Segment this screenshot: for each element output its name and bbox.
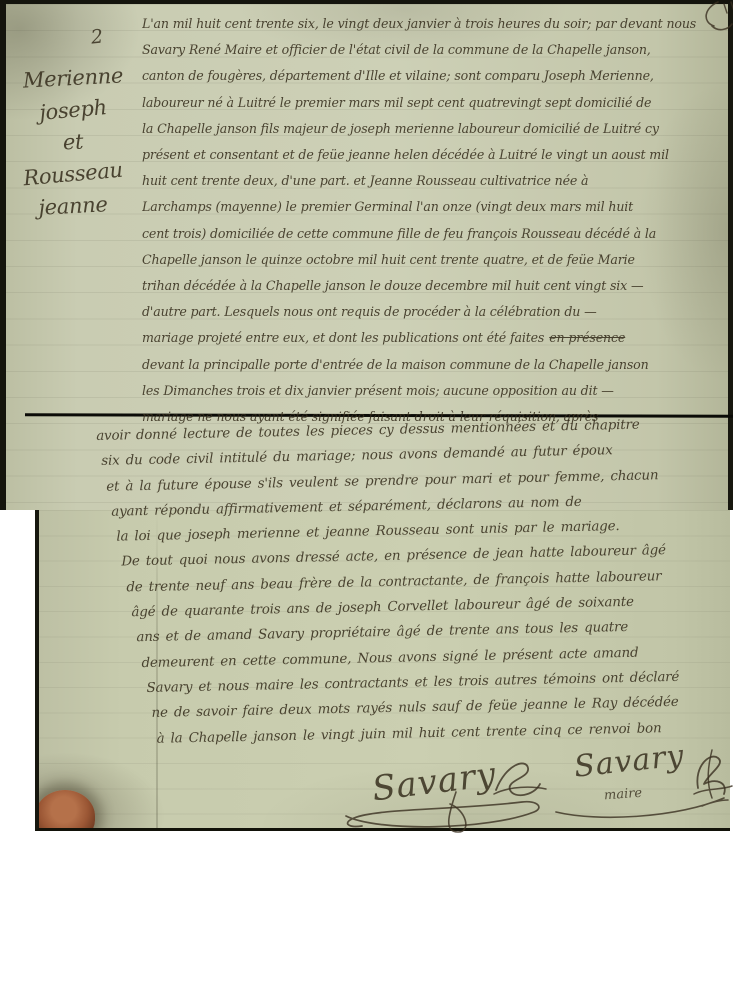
act-line: d'autre part. Lesquels nous ont requis d…	[142, 299, 730, 325]
scanned-register-page: 2 MeriennejosephetRousseaujeanne L'an mi…	[0, 0, 733, 1000]
act-line: Savary René Maire et officier de l'état …	[142, 37, 730, 63]
act-line: laboureur né à Luitré le premier mars mi…	[142, 90, 730, 116]
act-text-upper: L'an mil huit cent trente six, le vingt …	[142, 11, 730, 439]
act-line: les Dimanches trois et dix janvier prése…	[142, 378, 730, 404]
act-line: huit cent trente deux, d'une part. et Je…	[142, 168, 730, 194]
act-line-text: Larchamps (mayenne) le premier Germinal …	[142, 199, 633, 214]
act-line-text: L'an mil huit cent trente six, le vingt …	[142, 16, 696, 31]
act-line-text: présent et consentant et de feüe jeanne …	[142, 147, 669, 162]
act-line-text: huit cent trente deux, d'une part. et Je…	[142, 173, 588, 188]
act-line: Chapelle janson le quinze octobre mil hu…	[142, 247, 730, 273]
act-line: devant la principalle porte d'entrée de …	[142, 352, 730, 378]
act-line-text: mariage projeté entre eux, et dont les p…	[142, 330, 544, 345]
act-line: la Chapelle janson fils majeur de joseph…	[142, 116, 730, 142]
record-number: 2	[49, 21, 145, 53]
act-line-text: la Chapelle janson fils majeur de joseph…	[142, 121, 659, 136]
finger-over-page	[35, 790, 95, 831]
act-line-text: à la Chapelle janson le vingt juin mil h…	[156, 721, 661, 747]
act-line-text: Chapelle janson le quinze octobre mil hu…	[142, 252, 635, 267]
act-line-text: trihan décédée à la Chapelle janson le d…	[142, 278, 643, 293]
act-line-text: canton de fougères, département d'Ille e…	[142, 68, 654, 83]
act-line-text: les Dimanches trois et dix janvier prése…	[142, 383, 614, 398]
margin-annotations: 2 MeriennejosephetRousseaujeanne	[2, 26, 144, 222]
act-line-struck-text: en présence	[549, 330, 625, 345]
act-line: Larchamps (mayenne) le premier Germinal …	[142, 194, 730, 220]
signature-underline-icon	[552, 792, 730, 822]
margin-name: jeanne	[1, 186, 144, 225]
act-line-text: laboureur né à Luitré le premier mars mi…	[142, 95, 651, 110]
act-line: cent trois) domiciliée de cette commune …	[142, 221, 730, 247]
act-line: présent et consentant et de feüe jeanne …	[142, 142, 730, 168]
act-line-text: cent trois) domiciliée de cette commune …	[142, 226, 656, 241]
act-text-lower: avoir donné lecture de toutes les pieces…	[96, 411, 725, 758]
signature-flourish-icon	[338, 788, 550, 836]
act-line-text: d'autre part. Lesquels nous ont requis d…	[142, 304, 597, 319]
act-line: trihan décédée à la Chapelle janson le d…	[142, 273, 730, 299]
act-line-text: devant la principalle porte d'entrée de …	[142, 357, 649, 372]
act-line-text: Savary René Maire et officier de l'état …	[142, 42, 651, 57]
act-line: L'an mil huit cent trente six, le vingt …	[142, 11, 730, 37]
act-line: canton de fougères, département d'Ille e…	[142, 63, 730, 89]
act-line: mariage projeté entre eux, et dont les p…	[142, 325, 730, 351]
